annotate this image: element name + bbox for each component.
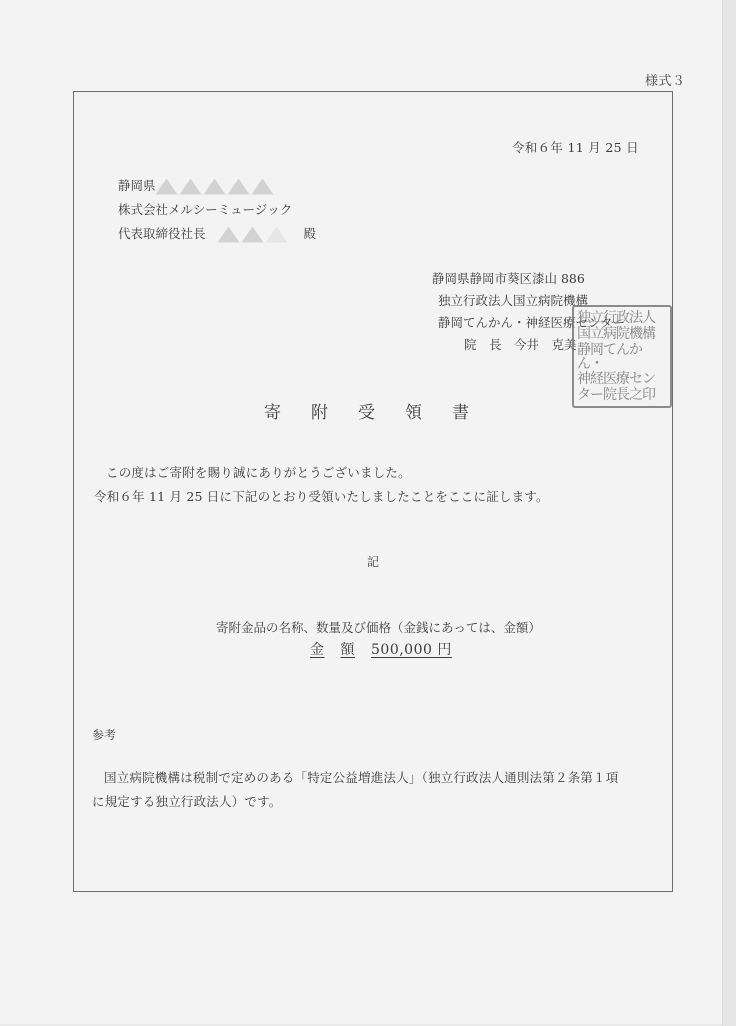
official-seal-stamp: 独立行政法人 国立病院機構 静岡てんかん・ 神経医療セン ター院長之印 [572,305,672,408]
reference-heading: 参考 [92,726,116,743]
seal-row: ター院長之印 [577,387,667,403]
redacted-name [218,226,290,241]
seal-row: 国立病院機構 [577,326,667,342]
donation-amount: 金額500,000 円 [310,639,452,659]
recipient-company: 株式会社メルシーミュージック [118,200,292,218]
recipient-representative: 代表取締役社長殿 [118,224,316,243]
seal-row: 独立行政法人 [577,310,667,326]
ki-heading: 記 [367,553,379,570]
sender-address: 静岡県静岡市葵区漆山 886 [432,269,585,287]
sender-director: 院 長 今井 克美 [464,335,577,353]
issue-date: 令和６年 11 月 25 日 [512,138,639,156]
seal-row: 神経医療セン [577,371,667,387]
honorific: 殿 [304,226,317,241]
sender-organization: 独立行政法人国立病院機構 [438,291,588,309]
amount-value: 500,000 円 [371,642,452,658]
redacted-address [156,178,276,193]
body-line-2: 令和６年 11 月 25 日に下記のとおり受領いたしましたことをここに証します。 [94,487,549,505]
donation-item-label: 寄附金品の名称、数量及び価格（金銭にあっては、金額） [216,618,541,636]
page-edge [722,0,736,1026]
form-number: 様式３ [645,70,686,89]
document-title: 寄附受領書 [264,398,499,423]
amount-label-2: 額 [341,642,356,658]
seal-row: 静岡てんかん・ [577,343,667,371]
body-line-1: この度はご寄附を賜り誠にありがとうございました。 [106,463,411,481]
reference-line-2: に規定する独立行政法人）です。 [92,792,282,810]
amount-label-1: 金 [310,642,325,658]
recipient-prefecture: 静岡県 [118,178,156,193]
reference-line-1: 国立病院機構は税制で定めのある「特定公益増進法人」（独立行政法人通則法第２条第１… [104,768,618,786]
recipient-title: 代表取締役社長 [118,226,206,241]
recipient-address: 静岡県 [118,176,276,195]
